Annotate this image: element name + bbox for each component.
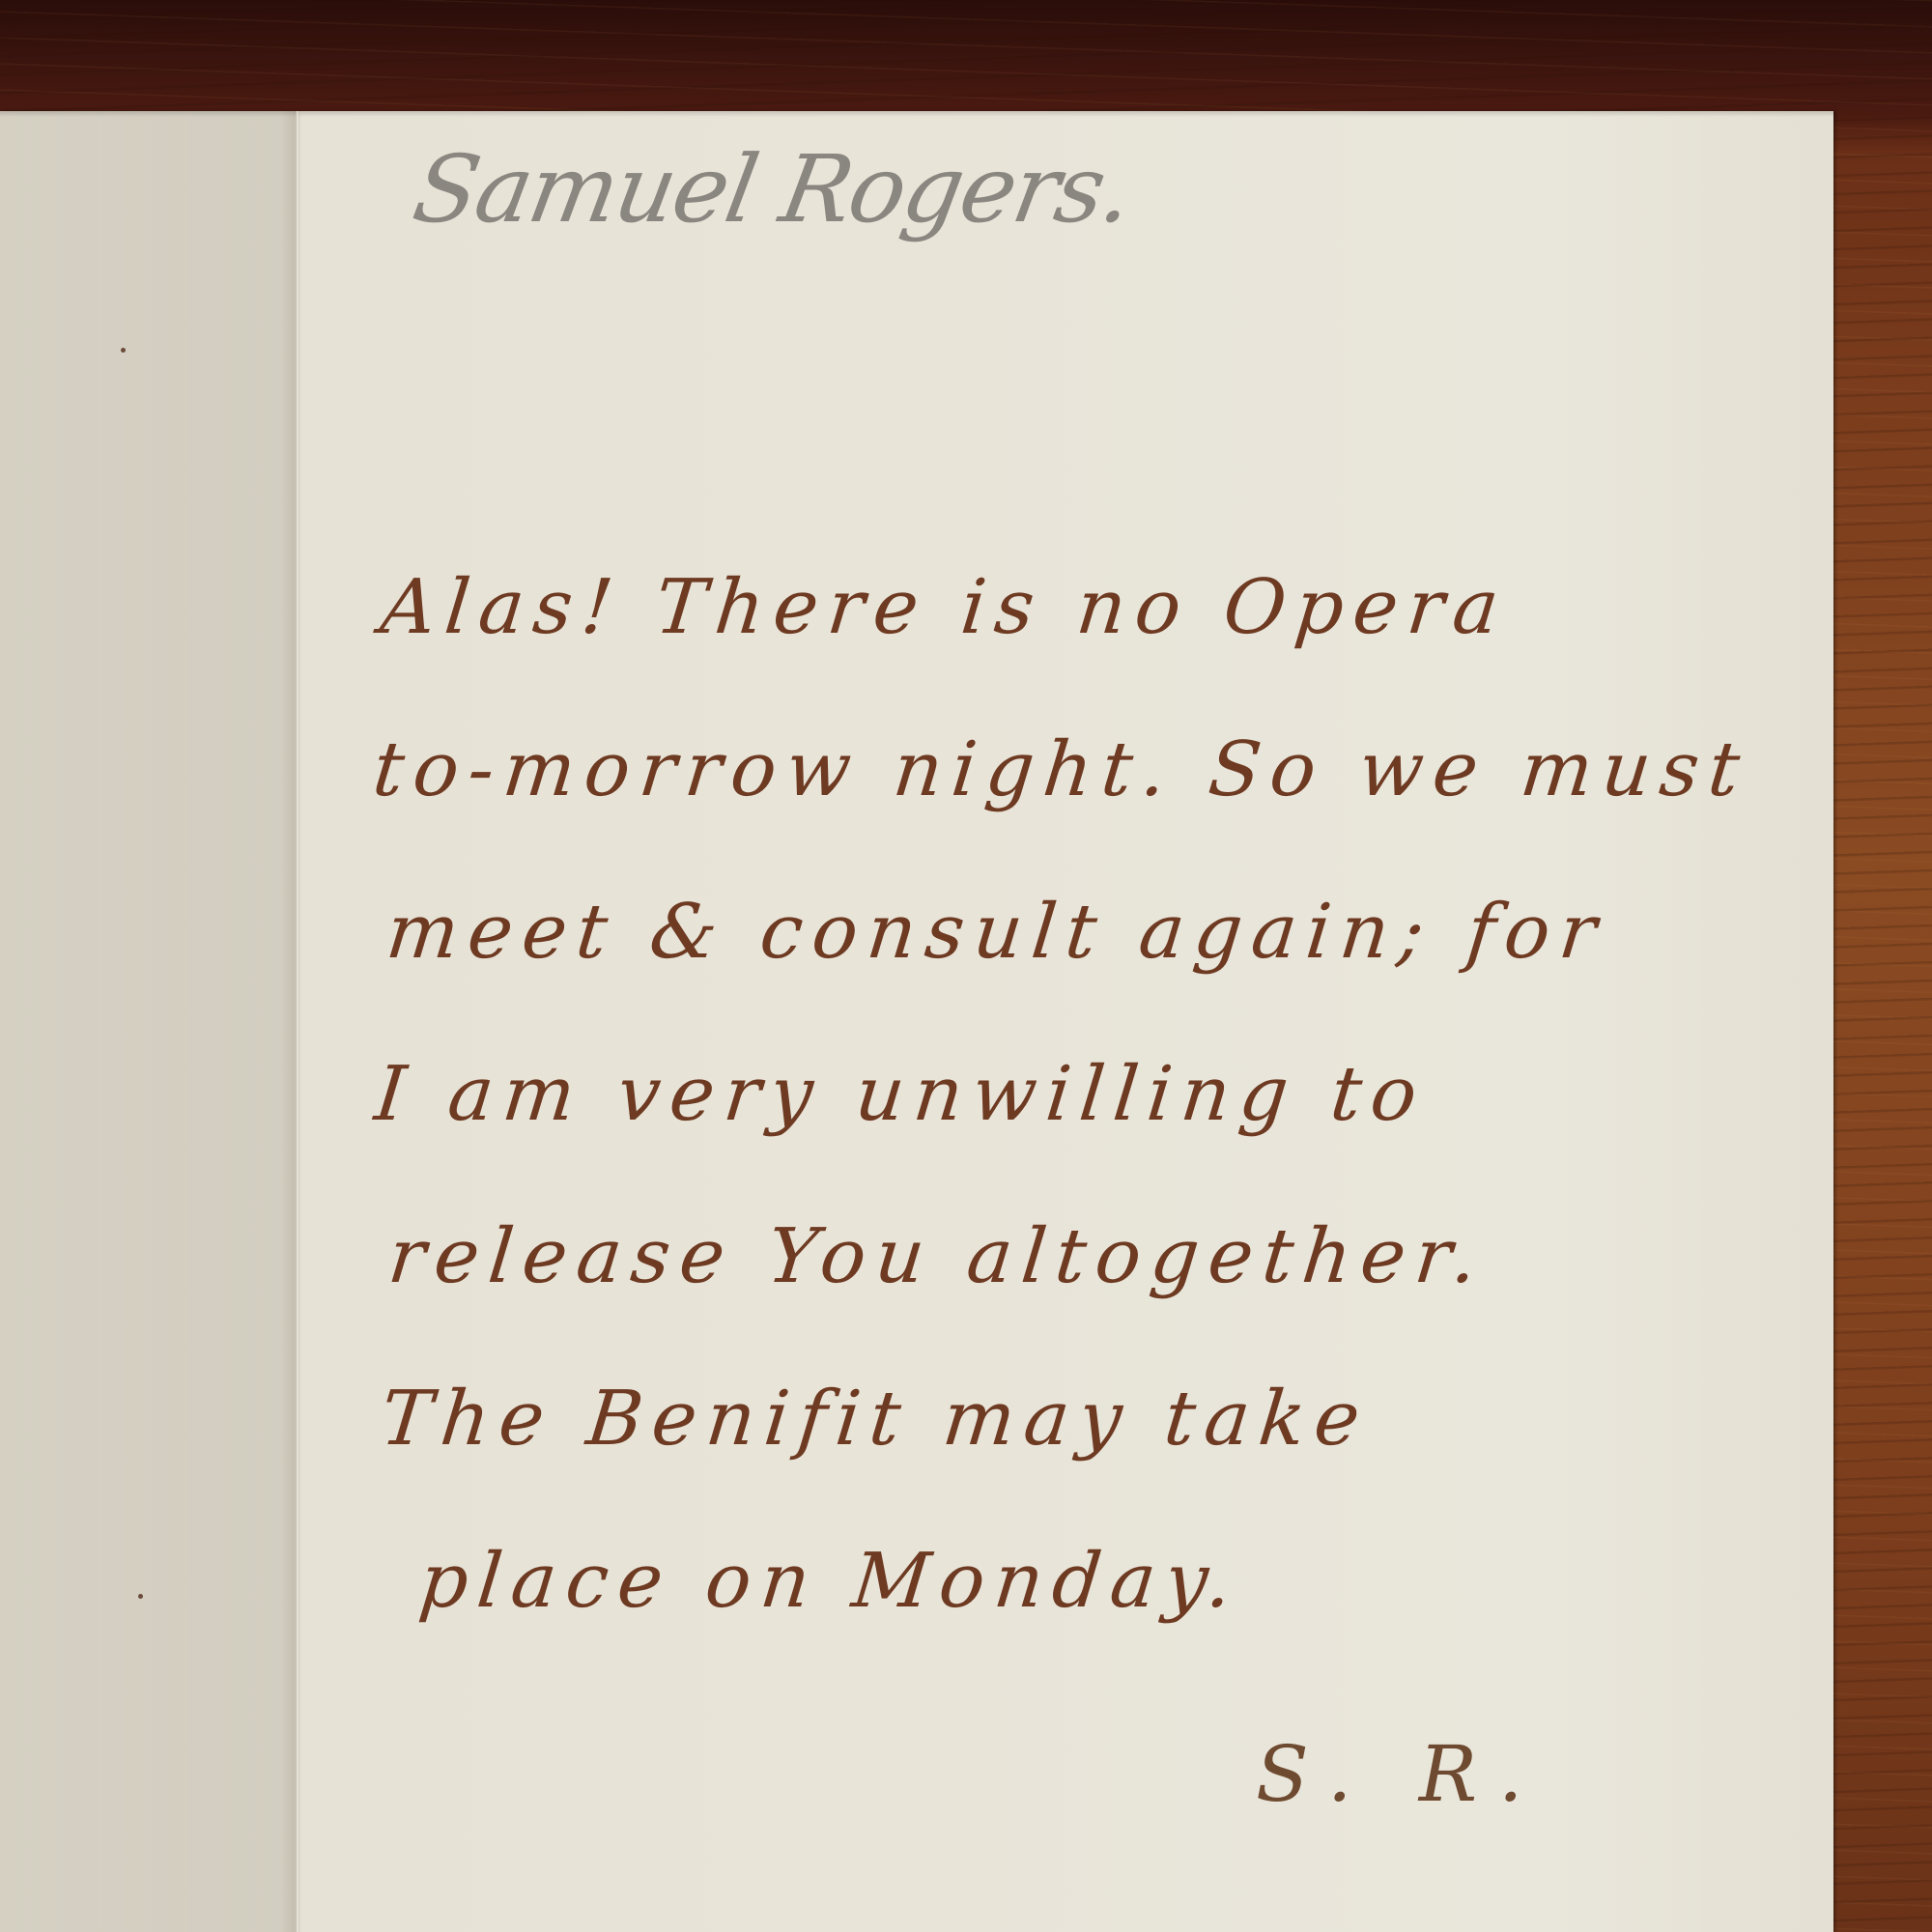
letter-body: Alas! There is no Opera to-morrow night.… bbox=[377, 570, 1806, 1706]
pencil-annotation-name: Samuel Rogers. bbox=[406, 135, 1140, 243]
letter-line: I am very unwilling to bbox=[362, 1057, 1815, 1219]
left-folded-leaf bbox=[0, 111, 296, 1932]
letter-line: Alas! There is no Opera bbox=[368, 570, 1815, 732]
paper-speck bbox=[121, 348, 126, 353]
letter-line: release You altogether. bbox=[376, 1219, 1815, 1381]
signature-initials: S. R. bbox=[1256, 1729, 1544, 1819]
letter-line: to-morrow night. So we must bbox=[360, 732, 1815, 895]
paper-fold-crease bbox=[296, 111, 299, 1932]
letter-line: The Benifit may take bbox=[368, 1381, 1815, 1544]
letter-line: place on Monday. bbox=[407, 1544, 1815, 1706]
letter-line: meet & consult again; for bbox=[374, 895, 1815, 1057]
paper-speck bbox=[138, 1594, 143, 1599]
